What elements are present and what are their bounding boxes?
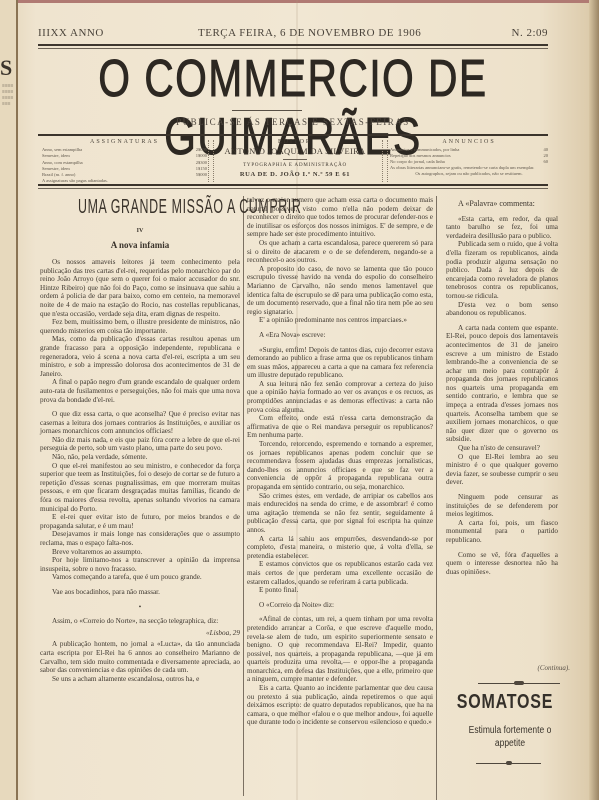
paragraph: O que diz essa carta, o que aconselha? Q…: [40, 410, 240, 436]
telegram-dateline: «Lisboa, 29: [40, 629, 240, 638]
paragraph: A sua leitura não fez senão comprovar a …: [247, 380, 433, 414]
editor-rule: [283, 159, 307, 160]
issue-number: N. 2:09: [512, 27, 549, 39]
paragraph: D'esta vez o bom senso abandonou os repu…: [446, 301, 558, 318]
paragraph: Que ha n'isto de censuravel?: [446, 444, 558, 453]
header-rule-thin: [38, 48, 548, 49]
paragraph: Vae aos bocadinhos, para não massar.: [40, 588, 240, 597]
info-box-bottom-rule: [38, 184, 548, 186]
paragraph: Vamos começando a tarefa, que é um pouco…: [40, 573, 240, 582]
paragraph: Não diz mais nada, e eis que paiz fóra c…: [40, 436, 240, 453]
paragraph: talvez o maior numero que acham essa car…: [247, 196, 433, 239]
paragraph: E estamos convictos que os republicanos …: [247, 560, 433, 586]
paragraph: Fez bem, muitissimo bem, o illustre pres…: [40, 318, 240, 335]
paragraph: O que el-rei manifestou ao seu ministro,…: [40, 462, 240, 514]
paragraph: O que El-Rei lembra ao seu ministro é o …: [446, 453, 558, 487]
ornament-center: [506, 761, 512, 765]
paragraph: Com effeito, onde está n'essa carta demo…: [247, 414, 433, 440]
editor-address: RUA DE D. JOÃO I.º N.º 59 E 61: [215, 171, 375, 178]
info-box-bottom-rule-thin: [38, 188, 548, 189]
paragraph: A «Era Nova» escreve:: [247, 331, 433, 340]
paragraph: A carta foi, pois, um fiasco monumental …: [446, 519, 558, 545]
article-headline: UMA GRANDE MISSÃO A CUMPRIR: [78, 196, 202, 218]
page-right-edge: [589, 0, 599, 800]
issue-date: TERÇA FEIRA, 6 DE NOVEMBRO DE 1906: [198, 27, 421, 39]
paragraph: A final o papão negro d'um grande escand…: [40, 378, 240, 404]
dateline: IIIXX ANNO TERÇA FEIRA, 6 DE NOVEMBRO DE…: [38, 27, 548, 41]
paragraph: «Afinal de contas, um rei, a quem tinham…: [247, 615, 433, 684]
paragraph: A carta lá sahiu aos empurrões, desvenda…: [247, 535, 433, 561]
typography-label: TYPOGRAPHIA E ADMINISTRAÇÃO: [215, 163, 375, 168]
paragraph: Breve voltaremos ao assumpto.: [40, 548, 240, 557]
adverts-heading: ANNUNCIOS: [390, 139, 548, 145]
subscriptions-box: ASSIGNATURAS Anno, sem estampilha2$000 S…: [42, 139, 207, 184]
paragraph: E ponto final.: [247, 586, 433, 595]
paragraph: Ninguem pode censurar as instituições de…: [446, 493, 558, 519]
paragraph: Por hoje limitamo-nos a transcrever a op…: [40, 556, 240, 573]
article-part: IV: [40, 228, 240, 234]
article-subhead: A nova infamia: [40, 240, 240, 250]
paragraph: A publicação hontem, no jornal a «Lucta»…: [40, 640, 240, 674]
paragraph: A proposito do caso, de novo se lamenta …: [247, 265, 433, 317]
editor-heading: EDITOR: [215, 139, 375, 145]
paragraph: Mas, como da publicação d'essas cartas r…: [40, 335, 240, 378]
paragraph: A carta nada contem que espante. El-Rei,…: [446, 324, 558, 444]
advert-text: Estimula fortemente o appetite: [463, 724, 557, 750]
paragraph: Se uns a acham altamente escandalosa, ou…: [40, 675, 240, 684]
paragraph: Assim, o «Correio do Norte», na secção t…: [40, 617, 240, 626]
column-rule: [243, 196, 244, 796]
paragraph: São crimes estes, em verdade, de arripia…: [247, 492, 433, 535]
box-divider: [208, 140, 214, 182]
year-label: IIIXX ANNO: [38, 27, 104, 39]
paragraph: Torcendo, retorcendo, espremendo e torna…: [247, 440, 433, 492]
paragraph: «Surgiu, emfim! Depois de tantos dias, c…: [247, 346, 433, 380]
paragraph: Como se vê, fóra d'aquelles a quem o int…: [446, 551, 558, 577]
paragraph: E el-rei quer evitar isto de futuro, por…: [40, 513, 240, 530]
adverts-note-2: Os autographos, sejam ou não publicados,…: [390, 171, 548, 177]
ornament-center: [514, 681, 524, 685]
subscriptions-heading: ASSIGNATURAS: [42, 139, 207, 145]
header-rule: [38, 44, 548, 46]
paragraph: Os que acham a carta escandalosa, parece…: [247, 239, 433, 265]
adjacent-page-edge: S ≡≡≡≡≡≡≡≡≡≡≡≡≡≡≡: [0, 0, 18, 800]
paragraph: Publicada sem o ruido, que á volta d'ell…: [446, 240, 558, 300]
paragraph: Não, não, pela verdade, sómente.: [40, 453, 240, 462]
box-divider: [382, 140, 388, 182]
paragraph: O «Correio da Noite» diz:: [247, 601, 433, 610]
paragraph: «Esta carta, em redor, da qual tanto bar…: [446, 215, 558, 241]
top-edge: [0, 0, 599, 3]
article-column-3: A «Palavra» commenta: «Esta carta, em re…: [446, 200, 558, 576]
column-rule: [436, 196, 437, 800]
editor-name: ANTONIO JOAQUIM DA SILVEIRA: [215, 146, 375, 156]
adjacent-page-text: ≡≡≡≡≡≡≡≡≡≡≡≡≡≡≡: [2, 84, 14, 108]
paragraph: Os nossos amaveis leitores já teem conhe…: [40, 258, 240, 318]
advert-title: SOMATOSE: [453, 690, 557, 714]
paragraph: Eis a carta. Quanto ao incidente parlame…: [247, 684, 433, 727]
title-rule: [232, 110, 302, 111]
adjacent-page-letter: S: [0, 55, 12, 81]
section-separator: •: [40, 603, 240, 612]
article-column-2: talvez o maior numero que acham essa car…: [247, 196, 433, 727]
article-column-1: Os nossos amaveis leitores já teem conhe…: [40, 258, 240, 683]
paragraph: Desejavamos ir mais longe nas consideraç…: [40, 530, 240, 547]
info-box-top-rule: [38, 134, 548, 136]
paragraph: A «Palavra» commenta:: [446, 200, 558, 209]
continued-note: (Continua).: [460, 664, 570, 672]
editor-box: EDITOR ANTONIO JOAQUIM DA SILVEIRA TYPOG…: [215, 139, 375, 178]
publication-schedule: PUBLICA-SE ÁS TERÇAS E SEXTAS-FEIRAS: [38, 117, 548, 127]
adverts-rates-box: ANNUNCIOS Annuncios e communicados, por …: [390, 139, 548, 177]
paragraph: E' a opinião predominante nos centros im…: [247, 316, 433, 325]
